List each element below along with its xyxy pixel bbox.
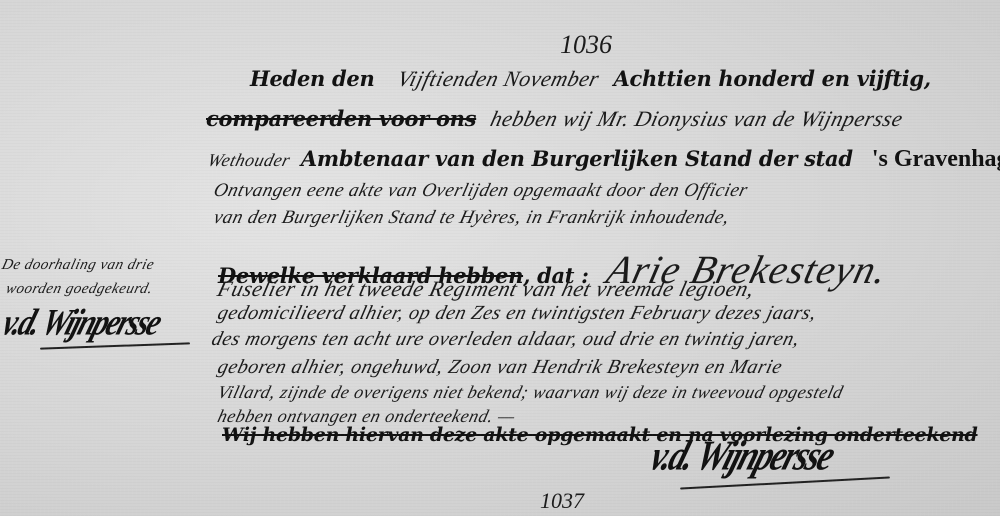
- handwritten-domicile-date: gedomicilieerd alhier, op den Zes en twi…: [215, 302, 819, 325]
- line-4: Ontvangen eene akte van Overlijden opgem…: [214, 180, 747, 202]
- handwritten-hyeres: van den Burgerlijken Stand te Hyères, in…: [211, 207, 732, 229]
- line-9: des morgens ten acht ure overleden aldaa…: [212, 328, 799, 351]
- printed-city-gravenhage: 's Gravenhage:: [872, 146, 1000, 172]
- line-13: Wij hebben hiervan deze akte opgemaakt e…: [222, 424, 978, 446]
- scanned-document-page: 1036 Heden den Vijftienden November Acht…: [0, 0, 1000, 516]
- handwritten-wethouder: Wethouder: [205, 150, 292, 171]
- line-10: geboren alhier, ongehuwd, Zoon van Hendr…: [218, 356, 782, 379]
- margin-note-line-2: woorden goedgekeurd.: [6, 278, 152, 298]
- printed-ambtenaar: Ambtenaar van den Burgerlijken Stand der…: [301, 146, 853, 171]
- handwritten-official-name: hebben wij Mr. Dionysius van de Wijnpers…: [488, 106, 906, 132]
- margin-signature: v.d. Wijnpersse: [4, 306, 159, 340]
- handwritten-mother-name: Villard, zijnde de overigens niet bekend…: [215, 382, 845, 403]
- margin-note-line-1: De doorhaling van drie: [2, 254, 154, 274]
- line-5: van den Burgerlijken Stand te Hyères, in…: [214, 207, 729, 229]
- struck-closing-formula: Wij hebben hiervan deze akte opgemaakt e…: [222, 424, 978, 446]
- line-3: Wethouder Ambtenaar van den Burgerlijken…: [208, 146, 1000, 173]
- line-7: Fuselier in het tweede Regiment van het …: [218, 276, 754, 302]
- handwritten-ontvangen: Ontvangen eene akte van Overlijden opgem…: [211, 180, 750, 202]
- handwritten-time-age: des morgens ten acht ure overleden aldaa…: [209, 328, 802, 351]
- handwritten-regiment: Fuselier in het tweede Regiment van het …: [215, 276, 758, 302]
- printed-year: Achttien honderd en vijftig,: [613, 66, 930, 91]
- handwritten-date: Vijftienden November: [394, 66, 601, 92]
- bottom-signature: v.d. Wijnpersse: [652, 438, 831, 476]
- record-number-bottom: 1037: [540, 488, 584, 514]
- line-2: compareerden voor ons hebben wij Mr. Dio…: [206, 106, 903, 132]
- printed-heden-den: Heden den: [250, 66, 374, 91]
- line-8: gedomicilieerd alhier, op den Zes en twi…: [218, 302, 816, 325]
- record-number-top: 1036: [560, 30, 612, 60]
- handwritten-parents: geboren alhier, ongehuwd, Zoon van Hendr…: [215, 356, 785, 379]
- line-11: Villard, zijnde de overigens niet bekend…: [218, 382, 843, 403]
- struck-compareerden: compareerden voor ons: [206, 106, 476, 131]
- line-1: Heden den Vijftienden November Achttien …: [250, 66, 931, 92]
